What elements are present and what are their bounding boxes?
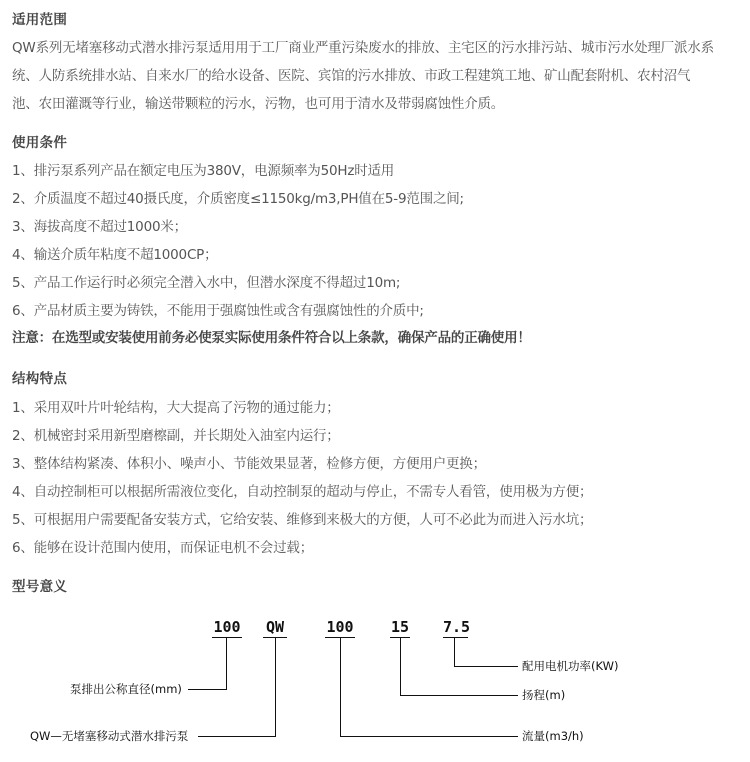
feature-item: 1、采用双叶片叶轮结构，大大提高了污物的通过能力； [12, 396, 340, 416]
label-diameter: 泵排出公称直径(mm) [70, 681, 182, 697]
code-flow: 100 [325, 618, 355, 636]
feature-item: 3、整体结构紧凑、体积小、噪声小、节能效果显著，检修方便，方便用户更换； [12, 452, 486, 472]
scope-line-2: 统、人防系统排水站、自来水厂的给水设备、医院、宾馆的污水排放、市政工程建筑工地、… [12, 64, 690, 84]
label-power: 配用电机功率(KW) [522, 658, 618, 674]
section-title-conditions: 使用条件 [12, 131, 67, 151]
connector-line [454, 666, 518, 667]
section-title-scope: 适用范围 [12, 8, 67, 28]
condition-item: 5、产品工作运行时必须完全潜入水中，但潜水深度不得超过10m; [12, 271, 400, 291]
section-title-model: 型号意义 [12, 575, 67, 595]
condition-item: 6、产品材质主要为铸铁，不能用于强腐蚀性或含有强腐蚀性的介质中; [12, 299, 424, 319]
scope-line-3: 池、农田灌溉等行业，输送带颗粒的污水，污物，也可用于清水及带弱腐蚀性介质。 [12, 92, 504, 112]
underline [212, 637, 242, 638]
condition-item: 2、介质温度不超过40摄氏度，介质密度≤1150kg/m3,PH值在5-9范围之… [12, 187, 464, 207]
conditions-note: 注意：在选型或安装使用前务必使泵实际使用条件符合以上条款，确保产品的正确使用！ [12, 326, 531, 346]
connector-line [198, 736, 276, 737]
section-title-features: 结构特点 [12, 367, 67, 387]
label-flow: 流量(m3/h) [522, 728, 584, 744]
feature-item: 6、能够在设计范围内使用，而保证电机不会过载； [12, 536, 313, 556]
code-power: 7.5 [443, 618, 468, 636]
label-type: QW—无堵塞移动式潜水排污泵 [30, 728, 188, 744]
condition-item: 4、输送介质年粘度不超1000CP； [12, 243, 217, 263]
underline [443, 637, 468, 638]
connector-line [340, 736, 518, 737]
feature-item: 2、机械密封采用新型磨檫副，并长期处入油室内运行； [12, 424, 340, 444]
connector-line [454, 637, 455, 666]
code-diameter: 100 [212, 618, 242, 636]
code-head: 15 [390, 618, 410, 636]
connector-line [340, 637, 341, 736]
connector-line [188, 689, 227, 690]
feature-item: 4、自动控制柜可以根据所需液位变化，自动控制泵的超动与停止，不需专人看管，使用极… [12, 480, 592, 500]
code-type: QW [263, 618, 287, 636]
label-head: 扬程(m) [522, 687, 565, 703]
connector-line [275, 637, 276, 736]
connector-line [226, 637, 227, 689]
condition-item: 3、海拔高度不超过1000米； [12, 215, 187, 235]
connector-line [400, 637, 401, 695]
connector-line [400, 695, 518, 696]
condition-item: 1、排污泵系列产品在额定电压为380V，电源频率为50Hz时适用 [12, 159, 394, 179]
scope-line-1: QW系列无堵塞移动式潜水排污泵适用用于工厂商业严重污染废水的排放、主宅区的污水排… [12, 36, 714, 56]
feature-item: 5、可根据用户需要配备安装方式，它给安装、维修到来极大的方便，人可不必此为而进入… [12, 508, 592, 528]
model-code-diagram: 100 QW 100 15 7.5 泵排出公称直径(mm) QW—无堵塞移动式潜… [0, 600, 750, 762]
